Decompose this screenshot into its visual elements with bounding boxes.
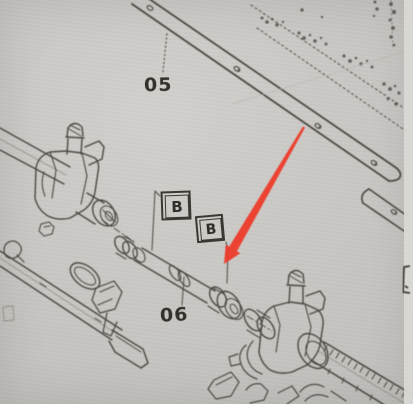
side-tab-right [306,291,325,314]
torn-edge-dots [373,0,396,48]
side-tab [85,141,104,165]
bar-foot [109,330,148,368]
parts-diagram-photo: 05 06 B B [0,0,413,404]
callout-06: 06 [160,305,189,325]
callout-05: 05 [144,76,173,95]
leader-b1 [152,191,160,250]
coupling-boss [76,193,121,230]
detail-marker-b1-inner-frame: B [165,195,190,219]
oval-slot [65,258,104,295]
stud-bolt [66,124,84,155]
feed-tube [311,342,413,404]
leader-05 [163,33,167,72]
left-nozzle-holder [0,124,121,237]
bore-rings [292,328,335,374]
mounting-tube-left [0,128,70,184]
rail-05-holes [146,5,378,167]
hex-nut [39,222,54,236]
stud-bolt-right [287,271,305,304]
page-edge-strip [404,0,413,404]
hidden-rail-dotted [251,5,406,131]
detail-marker-b2-label: B [205,221,217,238]
clamp-strap [229,341,262,379]
holder-body [35,151,99,219]
leader-06 [182,277,184,305]
partial-box-left [3,306,14,321]
rail-segment-2 [362,189,406,231]
detail-marker-b1: B [161,190,192,220]
diagram-line-art [0,0,413,404]
mounting-bar [0,241,148,368]
detail-marker-b2: B [195,214,225,243]
annotation-arrow [224,126,305,264]
detail-marker-b2-inner-frame: B [199,218,223,241]
lower-parts [208,372,346,404]
right-nozzle-holder [208,271,413,404]
keeper-bracket [92,281,122,313]
detail-marker-b1-label: B [171,197,183,215]
